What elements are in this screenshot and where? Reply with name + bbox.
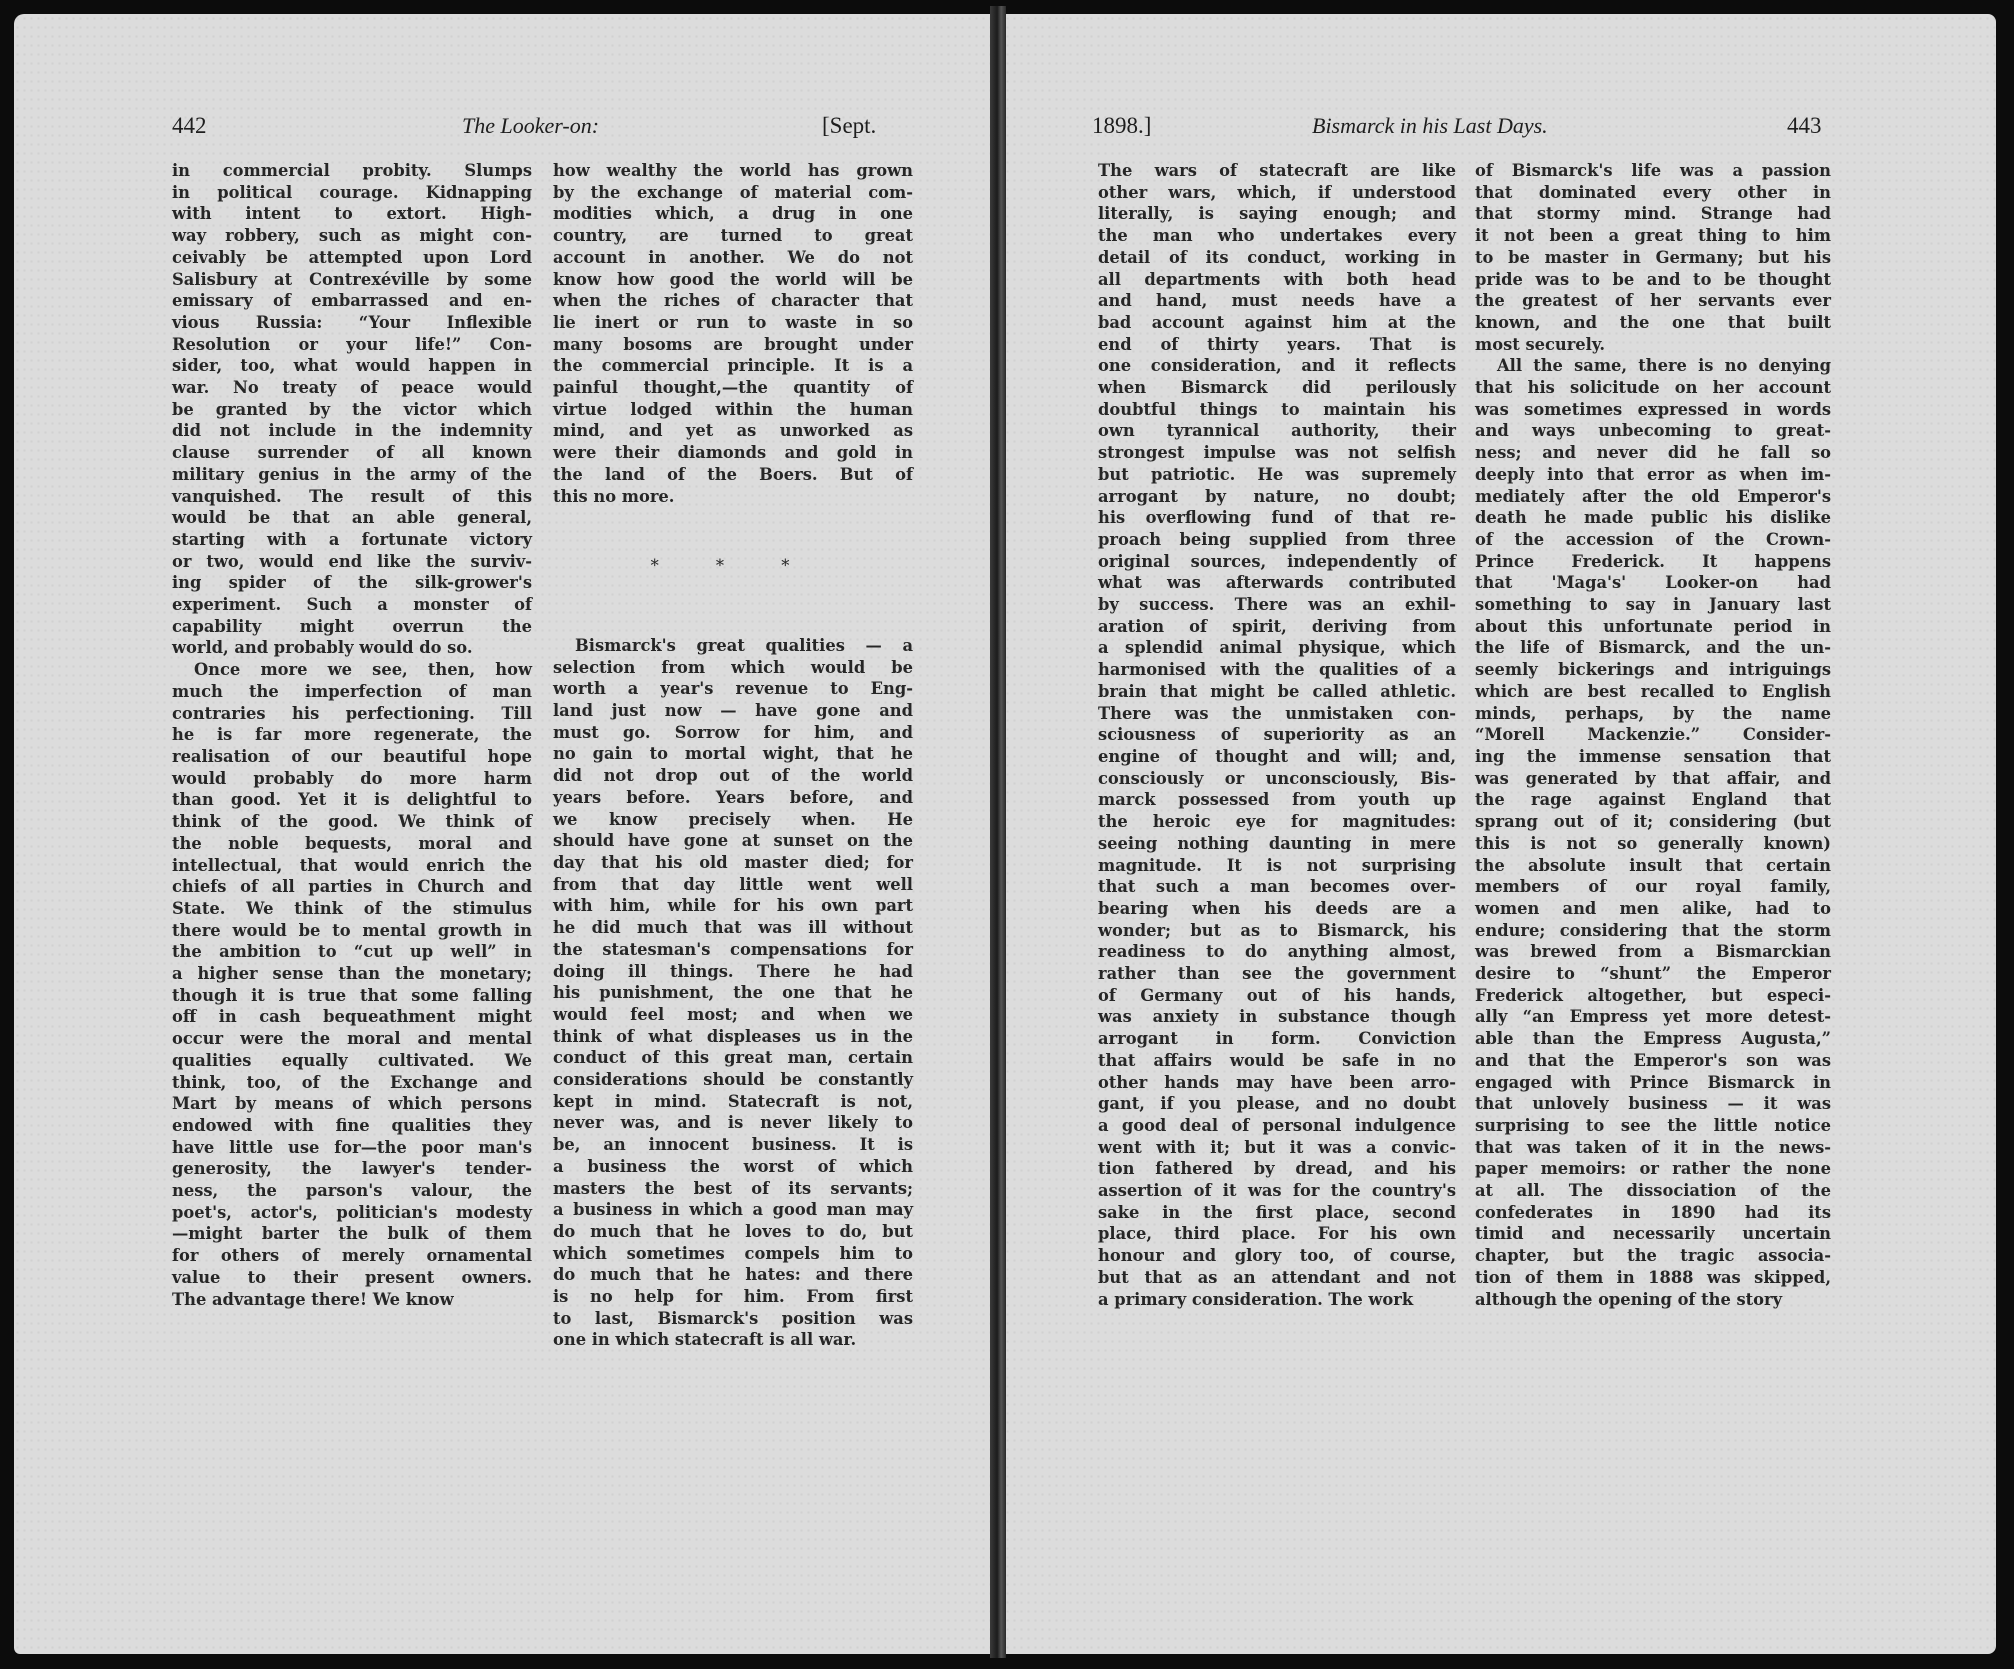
- text-line: qualities equally cultivated. We: [172, 1050, 532, 1072]
- text-line: of the accession of the Crown-: [1475, 529, 1831, 551]
- text-line: think of what displeases us in the: [553, 1026, 913, 1048]
- date-mark-right: 1898.]: [1092, 113, 1151, 139]
- text-line: value to their present owners.: [172, 1267, 532, 1289]
- text-line: with him, while for his own part: [553, 895, 913, 917]
- text-line: do much that he hates: and there: [553, 1264, 913, 1286]
- text-line: be granted by the victor which: [172, 399, 532, 421]
- text-line: but that as an attendant and not: [1098, 1267, 1456, 1289]
- text-line: in political courage. Kidnapping: [172, 182, 532, 204]
- text-line: sprang out of it; considering (but: [1475, 811, 1831, 833]
- text-line: literally, is saying enough; and: [1098, 203, 1456, 225]
- text-line: sciousness of superiority as an: [1098, 724, 1456, 746]
- text-line: went with it; but it was a convic-: [1098, 1137, 1456, 1159]
- text-line: sake in the first place, second: [1098, 1202, 1456, 1224]
- text-line: did not include in the indemnity: [172, 420, 532, 442]
- text-line: that affairs would be safe in no: [1098, 1050, 1456, 1072]
- text-line: was brewed from a Bismarckian: [1475, 941, 1831, 963]
- text-line: when Bismarck did perilously: [1098, 377, 1456, 399]
- text-line: pride was to be and to be thought: [1475, 269, 1831, 291]
- text-line: many bosoms are brought under: [553, 334, 913, 356]
- text-line: one in which statecraft is all war.: [553, 1329, 913, 1351]
- text-line: generosity, the lawyer's tender-: [172, 1158, 532, 1180]
- text-line: marck possessed from youth up: [1098, 789, 1456, 811]
- text-line: engaged with Prince Bismarck in: [1475, 1072, 1831, 1094]
- text-line: The wars of statecraft are like: [1098, 160, 1456, 182]
- text-line: able than the Empress Augusta,”: [1475, 1028, 1831, 1050]
- text-line: the life of Bismarck, and the un-: [1475, 637, 1831, 659]
- text-line: world, and probably would do so.: [172, 637, 532, 659]
- paragraph: how wealthy the world has grownby the ex…: [553, 160, 913, 507]
- text-line: assertion of it was for the country's: [1098, 1180, 1456, 1202]
- text-line: that 'Maga's' Looker-on had: [1475, 572, 1831, 594]
- text-line: bearing when his deeds are a: [1098, 898, 1456, 920]
- text-line: ness, the parson's valour, the: [172, 1180, 532, 1202]
- text-line: which are best recalled to English: [1475, 681, 1831, 703]
- text-line: all departments with both head: [1098, 269, 1456, 291]
- text-line: chiefs of all parties in Church and: [172, 876, 532, 898]
- text-line: desire to “shunt” the Emperor: [1475, 963, 1831, 985]
- left-running-header: 442 The Looker-on: [Sept.: [0, 113, 1000, 143]
- text-line: way robbery, such as might con-: [172, 225, 532, 247]
- text-line: original sources, independently of: [1098, 551, 1456, 573]
- text-line: rather than see the government: [1098, 963, 1456, 985]
- text-line: clause surrender of all known: [172, 442, 532, 464]
- text-line: to last, Bismarck's position was: [553, 1308, 913, 1330]
- text-line: the statesman's compensations for: [553, 939, 913, 961]
- text-line: surprising to see the little notice: [1475, 1115, 1831, 1137]
- text-line: members of our royal family,: [1475, 876, 1831, 898]
- right-running-header: 1898.] Bismarck in his Last Days. 443: [1000, 113, 2000, 143]
- text-line: the noble bequests, moral and: [172, 833, 532, 855]
- text-line: do much that he loves to do, but: [553, 1221, 913, 1243]
- text-line: intellectual, that would enrich the: [172, 855, 532, 877]
- text-line: other hands may have been arro-: [1098, 1072, 1456, 1094]
- text-line: a good deal of personal indulgence: [1098, 1115, 1456, 1137]
- text-line: poet's, actor's, politician's modesty: [172, 1202, 532, 1224]
- text-line: is no help for him. From first: [553, 1286, 913, 1308]
- text-line: paper memoirs: or rather the none: [1475, 1158, 1831, 1180]
- text-line: readiness to do anything almost,: [1098, 941, 1456, 963]
- paragraph: All the same, there is no denyingthat hi…: [1475, 355, 1831, 1310]
- text-line: vanquished. The result of this: [172, 486, 532, 508]
- right-column-1: The wars of statecraft are likeother war…: [1098, 160, 1456, 1310]
- text-line: experiment. Such a monster of: [172, 594, 532, 616]
- text-line: magnitude. It is not surprising: [1098, 855, 1456, 877]
- text-line: a primary consideration. The work: [1098, 1289, 1456, 1311]
- text-line: considerations should be constantly: [553, 1069, 913, 1091]
- text-line: with intent to extort. High-: [172, 203, 532, 225]
- text-line: doing ill things. There he had: [553, 961, 913, 983]
- text-line: timid and necessarily uncertain: [1475, 1223, 1831, 1245]
- text-line: military genius in the army of the: [172, 464, 532, 486]
- text-line: that was taken of it in the news-: [1475, 1137, 1831, 1159]
- text-line: consciously or unconsciously, Bis-: [1098, 768, 1456, 790]
- text-line: and hand, must needs have a: [1098, 290, 1456, 312]
- text-line: account in another. We do not: [553, 247, 913, 269]
- text-line: though it is true that some falling: [172, 985, 532, 1007]
- text-line: his punishment, the one that he: [553, 982, 913, 1004]
- text-line: masters the best of its servants;: [553, 1178, 913, 1200]
- text-line: tion fathered by dread, and his: [1098, 1158, 1456, 1180]
- text-line: to be master in Germany; but his: [1475, 247, 1831, 269]
- date-mark-left: [Sept.: [822, 113, 876, 139]
- text-line: other wars, which, if understood: [1098, 182, 1456, 204]
- text-line: it not been a great thing to him: [1475, 225, 1831, 247]
- text-line: know how good the world will be: [553, 269, 913, 291]
- page-number-left: 442: [172, 113, 207, 139]
- text-line: minds, perhaps, by the name: [1475, 703, 1831, 725]
- text-line: was anxiety in substance though: [1098, 1006, 1456, 1028]
- text-line: a business the worst of which: [553, 1156, 913, 1178]
- text-line: when the riches of character that: [553, 290, 913, 312]
- text-line: aration of spirit, deriving from: [1098, 616, 1456, 638]
- text-line: the commercial principle. It is a: [553, 355, 913, 377]
- column-2-part-1: how wealthy the world has grownby the ex…: [553, 160, 913, 507]
- right-column-2: of Bismarck's life was a passionthat dom…: [1475, 160, 1831, 1310]
- text-line: never was, and is never likely to: [553, 1112, 913, 1134]
- text-line: for others of merely ornamental: [172, 1245, 532, 1267]
- text-line: realisation of our beautiful hope: [172, 746, 532, 768]
- text-line: engine of thought and will; and,: [1098, 746, 1456, 768]
- text-line: the heroic eye for magnitudes:: [1098, 811, 1456, 833]
- text-line: mind, and yet as unworked as: [553, 420, 913, 442]
- text-line: own tyrannical authority, their: [1098, 420, 1456, 442]
- text-line: day that his old master died; for: [553, 852, 913, 874]
- text-line: worth a year's revenue to Eng-: [553, 678, 913, 700]
- text-line: All the same, there is no denying: [1475, 355, 1831, 377]
- text-line: chapter, but the tragic associa-: [1475, 1245, 1831, 1267]
- text-line: something to say in January last: [1475, 594, 1831, 616]
- text-line: would feel most; and when we: [553, 1004, 913, 1026]
- text-line: ness; and never did he fall so: [1475, 442, 1831, 464]
- text-line: a splendid animal physique, which: [1098, 637, 1456, 659]
- text-line: the greatest of her servants ever: [1475, 290, 1831, 312]
- text-line: endowed with fine qualities they: [172, 1115, 532, 1137]
- text-line: think, too, of the Exchange and: [172, 1072, 532, 1094]
- text-line: Prince Frederick. It happens: [1475, 551, 1831, 573]
- text-line: the man who undertakes every: [1098, 225, 1456, 247]
- page-number-right: 443: [1787, 113, 1822, 139]
- text-line: There was the unmistaken con-: [1098, 703, 1456, 725]
- text-line: were their diamonds and gold in: [553, 442, 913, 464]
- text-line: there would be to mental growth in: [172, 920, 532, 942]
- text-line: from that day little went well: [553, 874, 913, 896]
- text-line: emissary of embarrassed and en-: [172, 290, 532, 312]
- text-line: contraries his perfectioning. Till: [172, 703, 532, 725]
- text-line: detail of its conduct, working in: [1098, 247, 1456, 269]
- text-line: how wealthy the world has grown: [553, 160, 913, 182]
- text-line: place, third place. For his own: [1098, 1223, 1456, 1245]
- text-line: a business in which a good man may: [553, 1199, 913, 1221]
- text-line: in commercial probity. Slumps: [172, 160, 532, 182]
- text-line: —might barter the bulk of them: [172, 1223, 532, 1245]
- text-line: off in cash bequeathment might: [172, 1006, 532, 1028]
- text-line: occur were the moral and mental: [172, 1028, 532, 1050]
- column-2-part-2: Bismarck's great qualities — aselection …: [553, 635, 913, 1351]
- paragraph: The wars of statecraft are likeother war…: [1098, 160, 1456, 1310]
- text-line: conduct of this great man, certain: [553, 1047, 913, 1069]
- text-line: we know precisely when. He: [553, 809, 913, 831]
- text-line: women and men alike, had to: [1475, 898, 1831, 920]
- text-line: and that the Emperor's son was: [1475, 1050, 1831, 1072]
- text-line: of Bismarck's life was a passion: [1475, 160, 1831, 182]
- text-line: but patriotic. He was supremely: [1098, 464, 1456, 486]
- text-line: would probably do more harm: [172, 768, 532, 790]
- text-line: end of thirty years. That is: [1098, 334, 1456, 356]
- text-line: which sometimes compels him to: [553, 1243, 913, 1265]
- text-line: did not drop out of the world: [553, 765, 913, 787]
- paragraph: Once more we see, then, howmuch the impe…: [172, 659, 532, 1310]
- text-line: war. No treaty of peace would: [172, 377, 532, 399]
- text-line: proach being supplied from three: [1098, 529, 1456, 551]
- text-line: selection from which would be: [553, 657, 913, 679]
- text-line: Mart by means of which persons: [172, 1093, 532, 1115]
- text-line: The advantage there! We know: [172, 1289, 532, 1311]
- text-line: death he made public his dislike: [1475, 507, 1831, 529]
- paragraph: of Bismarck's life was a passionthat dom…: [1475, 160, 1831, 355]
- text-line: this no more.: [553, 486, 913, 508]
- text-line: that his solicitude on her account: [1475, 377, 1831, 399]
- book-gutter: [990, 6, 1006, 1658]
- text-line: arrogant by nature, no doubt;: [1098, 486, 1456, 508]
- text-line: have little use for—the poor man's: [172, 1137, 532, 1159]
- text-line: honour and glory too, of course,: [1098, 1245, 1456, 1267]
- text-line: think of the good. We think of: [172, 811, 532, 833]
- text-line: endure; considering that the storm: [1475, 920, 1831, 942]
- text-line: land just now — have gone and: [553, 700, 913, 722]
- text-line: the rage against England that: [1475, 789, 1831, 811]
- text-line: gant, if you please, and no doubt: [1098, 1093, 1456, 1115]
- text-line: much the imperfection of man: [172, 681, 532, 703]
- text-line: deeply into that error as when im-: [1475, 464, 1831, 486]
- text-line: the ambition to “cut up well” in: [172, 941, 532, 963]
- text-line: be, an innocent business. It is: [553, 1134, 913, 1156]
- text-line: a higher sense than the monetary;: [172, 963, 532, 985]
- text-line: that such a man becomes over-: [1098, 876, 1456, 898]
- text-line: Once more we see, then, how: [172, 659, 532, 681]
- text-line: that stormy mind. Strange had: [1475, 203, 1831, 225]
- text-line: or two, would end like the surviv-: [172, 551, 532, 573]
- text-line: he did much that was ill without: [553, 917, 913, 939]
- text-line: arrogant in form. Conviction: [1098, 1028, 1456, 1050]
- text-line: wonder; but as to Bismarck, his: [1098, 920, 1456, 942]
- text-line: virtue lodged within the human: [553, 399, 913, 421]
- text-line: tion of them in 1888 was skipped,: [1475, 1267, 1831, 1289]
- text-line: and ways unbecoming to great-: [1475, 420, 1831, 442]
- text-line: modities which, a drug in one: [553, 203, 913, 225]
- text-line: starting with a fortunate victory: [172, 529, 532, 551]
- text-line: country, are turned to great: [553, 225, 913, 247]
- text-line: ally “an Empress yet more detest-: [1475, 1006, 1831, 1028]
- text-line: by success. There was an exhil-: [1098, 594, 1456, 616]
- text-line: the absolute insult that certain: [1475, 855, 1831, 877]
- text-line: Resolution or your life!” Con-: [172, 334, 532, 356]
- text-line: his overflowing fund of that re-: [1098, 507, 1456, 529]
- text-line: must go. Sorrow for him, and: [553, 722, 913, 744]
- paragraph: in commercial probity. Slumpsin politica…: [172, 160, 532, 659]
- text-line: known, and the one that built: [1475, 312, 1831, 334]
- text-line: he is far more regenerate, the: [172, 724, 532, 746]
- text-line: that dominated every other in: [1475, 182, 1831, 204]
- text-line: sider, too, what would happen in: [172, 355, 532, 377]
- text-line: brain that might be called athletic.: [1098, 681, 1456, 703]
- text-line: was sometimes expressed in words: [1475, 399, 1831, 421]
- text-line: the land of the Boers. But of: [553, 464, 913, 486]
- text-line: would be that an able general,: [172, 507, 532, 529]
- text-line: bad account against him at the: [1098, 312, 1456, 334]
- text-line: vious Russia: “Your Inflexible: [172, 312, 532, 334]
- text-line: ing the immense sensation that: [1475, 746, 1831, 768]
- text-line: about this unfortunate period in: [1475, 616, 1831, 638]
- text-line: mediately after the old Emperor's: [1475, 486, 1831, 508]
- text-line: doubtful things to maintain his: [1098, 399, 1456, 421]
- text-line: no gain to mortal wight, that he: [553, 743, 913, 765]
- text-line: by the exchange of material com-: [553, 182, 913, 204]
- text-line: lie inert or run to waste in so: [553, 312, 913, 334]
- text-line: strongest impulse was not selfish: [1098, 442, 1456, 464]
- text-line: Bismarck's great qualities — a: [553, 635, 913, 657]
- section-break: * * *: [553, 555, 913, 577]
- text-line: ceivably be attempted upon Lord: [172, 247, 532, 269]
- running-title-left: The Looker-on:: [462, 113, 599, 139]
- text-line: this is not so generally known): [1475, 833, 1831, 855]
- text-line: what was afterwards contributed: [1098, 572, 1456, 594]
- text-line: Frederick altogether, but especi-: [1475, 985, 1831, 1007]
- text-line: State. We think of the stimulus: [172, 898, 532, 920]
- running-title-right: Bismarck in his Last Days.: [1312, 113, 1548, 139]
- left-column-2: how wealthy the world has grownby the ex…: [553, 160, 913, 1351]
- text-line: confederates in 1890 had its: [1475, 1202, 1831, 1224]
- text-line: seeing nothing daunting in mere: [1098, 833, 1456, 855]
- text-line: seemly bickerings and intriguings: [1475, 659, 1831, 681]
- text-line: Salisbury at Contrexéville by some: [172, 269, 532, 291]
- text-line: of Germany out of his hands,: [1098, 985, 1456, 1007]
- text-line: harmonised with the qualities of a: [1098, 659, 1456, 681]
- text-line: painful thought,—the quantity of: [553, 377, 913, 399]
- text-line: that unlovely business — it was: [1475, 1093, 1831, 1115]
- text-line: should have gone at sunset on the: [553, 830, 913, 852]
- text-line: although the opening of the story: [1475, 1289, 1831, 1311]
- text-line: capability might overrun the: [172, 616, 532, 638]
- text-line: at all. The dissociation of the: [1475, 1180, 1831, 1202]
- text-line: was generated by that affair, and: [1475, 768, 1831, 790]
- text-line: years before. Years before, and: [553, 787, 913, 809]
- left-column-1: in commercial probity. Slumpsin politica…: [172, 160, 532, 1310]
- text-line: one consideration, and it reflects: [1098, 355, 1456, 377]
- text-line: most securely.: [1475, 334, 1831, 356]
- text-line: ing spider of the silk-grower's: [172, 572, 532, 594]
- text-line: kept in mind. Statecraft is not,: [553, 1091, 913, 1113]
- text-line: than good. Yet it is delightful to: [172, 789, 532, 811]
- paragraph: Bismarck's great qualities — aselection …: [553, 635, 913, 1351]
- text-line: “Morell Mackenzie.” Consider-: [1475, 724, 1831, 746]
